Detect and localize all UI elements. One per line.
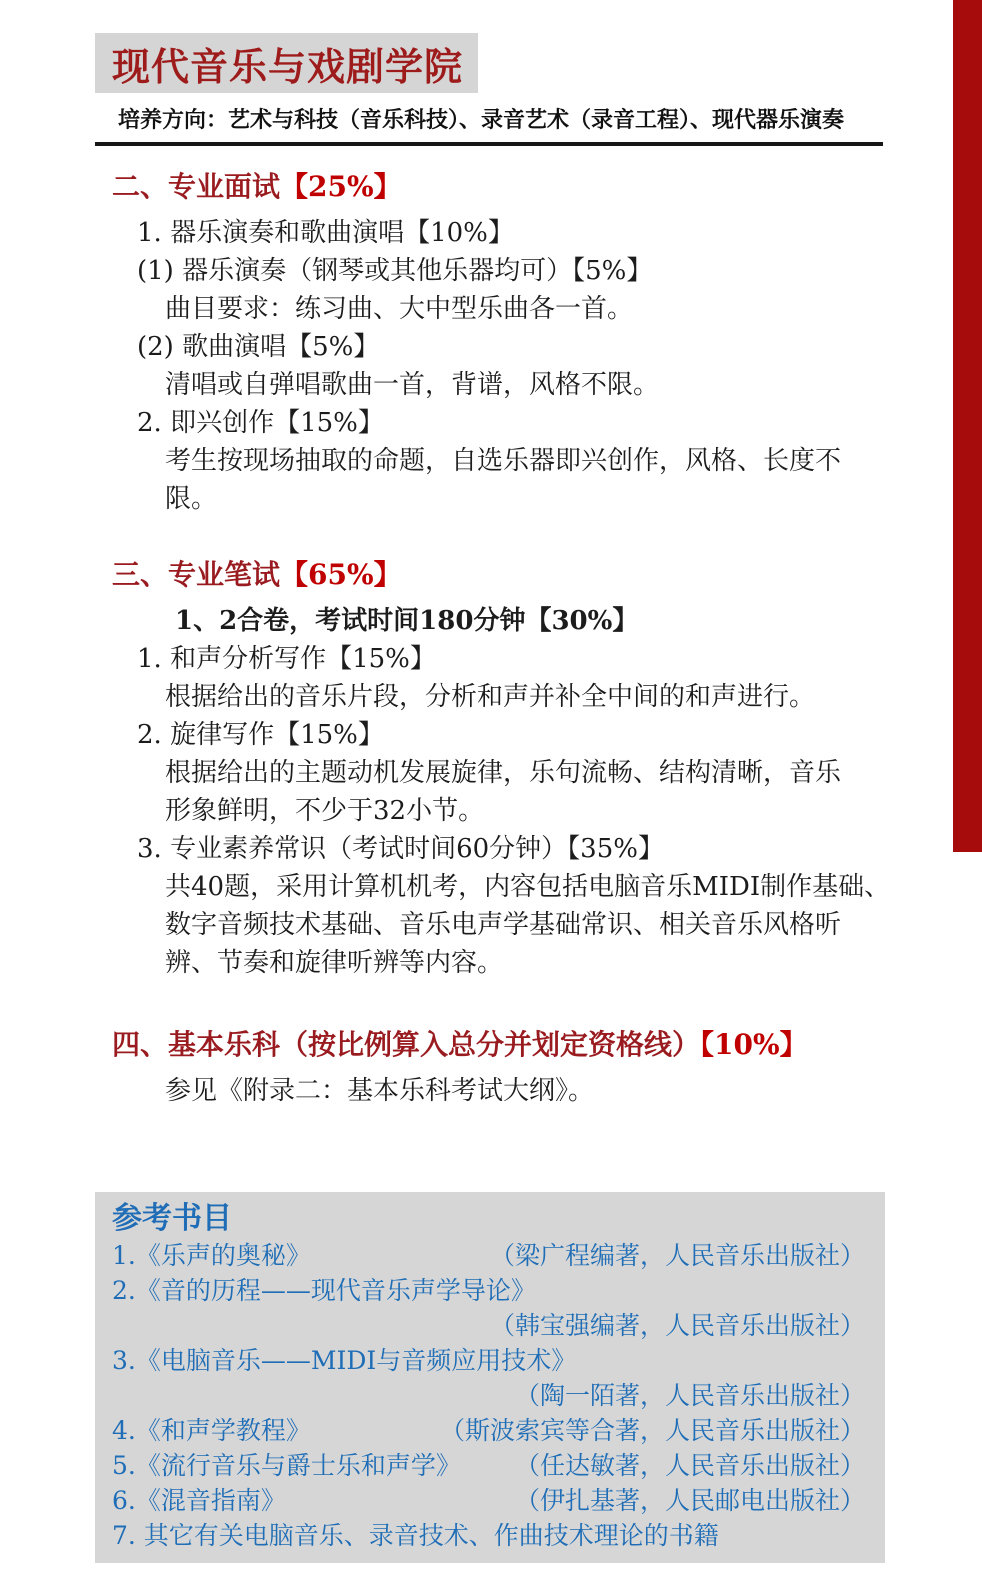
section-heading-percent: 【65%】 [280, 558, 402, 591]
section-heading-label: 二、专业面试 [112, 170, 280, 203]
book-title: 5.《流行音乐与爵士乐和声学》 [112, 1448, 461, 1483]
interview-line: 限。 [165, 480, 982, 518]
section-basic-music: 四、基本乐科（按比例算入总分并划定资格线）【10%】 参见《附录二：基本乐科考试… [0, 1028, 982, 1110]
interview-line: 清唱或自弹唱歌曲一首，背谱，风格不限。 [165, 366, 982, 404]
section-written-lines: 1、2合卷，考试时间180分钟【30%】 1. 和声分析写作【15%】 根据给出… [0, 602, 982, 982]
section-basic-lines: 参见《附录二：基本乐科考试大纲》。 [0, 1072, 982, 1110]
interview-line: 曲目要求：练习曲、大中型乐曲各一首。 [165, 290, 982, 328]
book-publisher: （任达敏著，人民音乐出版社） [515, 1448, 865, 1483]
reference-books-title: 参考书目 [112, 1200, 865, 1238]
interview-line: (1) 器乐演奏（钢琴或其他乐器均可）【5%】 [137, 252, 982, 290]
reference-book-row: 5.《流行音乐与爵士乐和声学》（任达敏著，人民音乐出版社） [112, 1448, 865, 1483]
book-title: 6.《混音指南》 [112, 1483, 286, 1518]
written-line: 3. 专业素养常识（考试时间60分钟）【35%】 [137, 830, 982, 868]
book-publisher: （斯波索宾等合著，人民音乐出版社） [440, 1413, 865, 1448]
written-line: 共40题，采用计算机机考，内容包括电脑音乐MIDI制作基础、 [165, 868, 982, 906]
book-title: 4.《和声学教程》 [112, 1413, 311, 1448]
written-line: 1. 和声分析写作【15%】 [137, 640, 982, 678]
section-heading-percent: 【10%】 [700, 1028, 808, 1061]
training-direction: 培养方向：艺术与科技（音乐科技）、录音艺术（录音工程）、现代器乐演奏 [118, 103, 982, 134]
book-publisher: （韩宝强编著，人民音乐出版社） [490, 1308, 865, 1343]
written-line: 形象鲜明，不少于32小节。 [165, 792, 982, 830]
section-interview: 二、专业面试【25%】 1. 器乐演奏和歌曲演唱【10%】 (1) 器乐演奏（钢… [0, 170, 982, 518]
book-title: 3.《电脑音乐——MIDI与音频应用技术》 [112, 1343, 576, 1378]
book-publisher: （陶一陌著，人民音乐出版社） [515, 1378, 865, 1413]
reference-book-row: （陶一陌著，人民音乐出版社） [112, 1378, 865, 1413]
page-accent-sidebar [953, 0, 982, 852]
reference-book-row: 2.《音的历程——现代音乐声学导论》 [112, 1273, 865, 1308]
interview-line: 考生按现场抽取的命题，自选乐器即兴创作，风格、长度不 [165, 442, 982, 480]
written-line: 辨、节奏和旋律听辨等内容。 [165, 944, 982, 982]
book-title: 7. 其它有关电脑音乐、录音技术、作曲技术理论的书籍 [112, 1518, 719, 1553]
written-line: 根据给出的音乐片段，分析和声并补全中间的和声进行。 [165, 678, 982, 716]
book-publisher: （伊扎基著，人民邮电出版社） [515, 1483, 865, 1518]
reference-book-row: 6.《混音指南》（伊扎基著，人民邮电出版社） [112, 1483, 865, 1518]
reference-book-row: 7. 其它有关电脑音乐、录音技术、作曲技术理论的书籍 [112, 1518, 865, 1553]
interview-line: (2) 歌曲演唱【5%】 [137, 328, 982, 366]
written-combined-line: 1、2合卷，考试时间180分钟【30%】 [175, 602, 982, 640]
reference-book-row: 1.《乐声的奥秘》（梁广程编著，人民音乐出版社） [112, 1238, 865, 1273]
college-title: 现代音乐与戏剧学院 [112, 36, 463, 91]
section-written-exam: 三、专业笔试【65%】 1、2合卷，考试时间180分钟【30%】 1. 和声分析… [0, 558, 982, 982]
section-basic-heading: 四、基本乐科（按比例算入总分并划定资格线）【10%】 [112, 1028, 982, 1062]
book-title: 1.《乐声的奥秘》 [112, 1238, 311, 1273]
reference-book-row: 3.《电脑音乐——MIDI与音频应用技术》 [112, 1343, 865, 1378]
section-written-heading: 三、专业笔试【65%】 [112, 558, 982, 592]
written-line: 数字音频技术基础、音乐电声学基础常识、相关音乐风格听 [165, 906, 982, 944]
written-line: 根据给出的主题动机发展旋律，乐句流畅、结构清晰，音乐 [165, 754, 982, 792]
college-title-box: 现代音乐与戏剧学院 [95, 33, 478, 93]
book-title: 2.《音的历程——现代音乐声学导论》 [112, 1273, 536, 1308]
divider-rule [95, 142, 883, 146]
section-heading-label: 三、专业笔试 [112, 558, 280, 591]
book-publisher: （梁广程编著，人民音乐出版社） [490, 1238, 865, 1273]
section-heading-percent: 【25%】 [280, 170, 402, 203]
basic-line: 参见《附录二：基本乐科考试大纲》。 [165, 1072, 982, 1110]
section-heading-label: 四、基本乐科（按比例算入总分并划定资格线） [112, 1028, 700, 1061]
interview-line: 2. 即兴创作【15%】 [137, 404, 982, 442]
written-line: 2. 旋律写作【15%】 [137, 716, 982, 754]
reference-books-box: 参考书目 1.《乐声的奥秘》（梁广程编著，人民音乐出版社） 2.《音的历程——现… [95, 1192, 885, 1563]
reference-book-row: 4.《和声学教程》（斯波索宾等合著，人民音乐出版社） [112, 1413, 865, 1448]
interview-line: 1. 器乐演奏和歌曲演唱【10%】 [137, 214, 982, 252]
reference-book-row: （韩宝强编著，人民音乐出版社） [112, 1308, 865, 1343]
section-interview-heading: 二、专业面试【25%】 [112, 170, 982, 204]
section-interview-lines: 1. 器乐演奏和歌曲演唱【10%】 (1) 器乐演奏（钢琴或其他乐器均可）【5%… [0, 214, 982, 518]
